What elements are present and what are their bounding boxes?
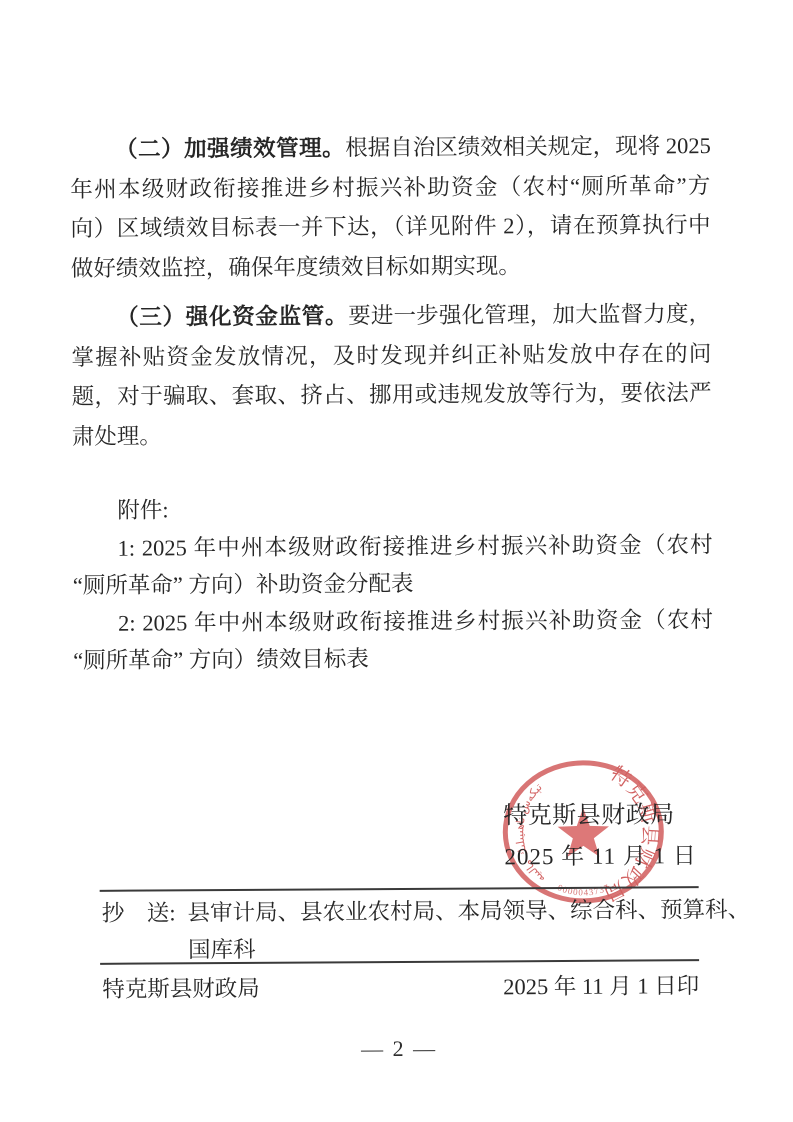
signature-date: 2025 年 11 月 1 日	[504, 837, 697, 871]
attachment-item-2-cont: “厕所革命” 方向）绩效目标表	[73, 638, 713, 679]
cc-label: 抄 送:	[102, 900, 176, 925]
page-number: — 2 —	[3, 1034, 793, 1065]
scanned-document-page: （二）加强绩效管理。根据自治区绩效相关规定，现将 2025 年州本级财政衔接推进…	[0, 0, 793, 1122]
paragraph-2-line: 年州本级财政衔接推进乡村振兴补助资金（农村“厕所革命”方	[70, 166, 710, 209]
cc-line: 抄 送:县审计局、县农业农村局、本局领导、综合科、预算科、	[102, 890, 715, 933]
paragraph-2-line: 向）区域绩效目标表一并下达，（详见附件 2），请在预算执行中	[71, 205, 711, 248]
seal-org-text: 特克斯县财政局	[599, 762, 662, 905]
paragraph-2-heading: （二）加强绩效管理。	[115, 135, 345, 161]
paragraph-2-line: 做好绩效监控，确保年度绩效目标如期实现。	[71, 245, 711, 288]
page-content: （二）加强绩效管理。根据自治区绩效相关规定，现将 2025 年州本级财政衔接推进…	[0, 0, 793, 1122]
footer-issuer: 特克斯县财政局	[102, 970, 260, 1009]
paragraph-3-heading: （三）强化资金监管。	[116, 303, 348, 329]
paragraph-3-line: （三）强化资金监管。要进一步强化管理，加大监督力度，	[71, 294, 711, 337]
attachment-item-1: 1: 2025 年中州本级财政衔接推进乡村振兴补助资金（农村	[72, 526, 712, 567]
attachment-item-1-cont: “厕所革命” 方向）补助资金分配表	[73, 563, 713, 604]
paragraph-3-text: 要进一步强化管理，加大监督力度，	[348, 301, 711, 328]
footer-print-date: 2025 年 11 月 1 日印	[503, 967, 699, 1006]
paragraph-2-line: （二）加强绩效管理。根据自治区绩效相关规定，现将 2025	[70, 126, 710, 169]
attachments-section: 附件: 1: 2025 年中州本级财政衔接推进乡村振兴补助资金（农村 “厕所革命…	[72, 488, 713, 679]
footer-row: 特克斯县财政局 2025 年 11 月 1 日印	[102, 967, 699, 1009]
paragraph-3-line: 掌握补贴资金发放情况，及时发现并纠正补贴发放中存在的问	[71, 334, 711, 377]
paragraph-3-line: 题，对于骗取、套取、挤占、挪用或违规发放等行为，要依法严	[72, 373, 712, 416]
signature-issuer: 特克斯县财政局	[503, 794, 675, 830]
cc-recipients: 县审计局、县农业农村局、本局领导、综合科、预算科、	[187, 897, 750, 925]
document-body: （二）加强绩效管理。根据自治区绩效相关规定，现将 2025 年州本级财政衔接推进…	[70, 126, 712, 456]
attachment-item-2: 2: 2025 年中州本级财政衔接推进乡村振兴补助资金（农村	[73, 601, 713, 642]
paragraph-2-text: 根据自治区绩效相关规定，现将 2025	[345, 133, 711, 160]
paragraph-3-line: 肃处理。	[72, 413, 712, 456]
attachments-label: 附件:	[72, 488, 712, 529]
